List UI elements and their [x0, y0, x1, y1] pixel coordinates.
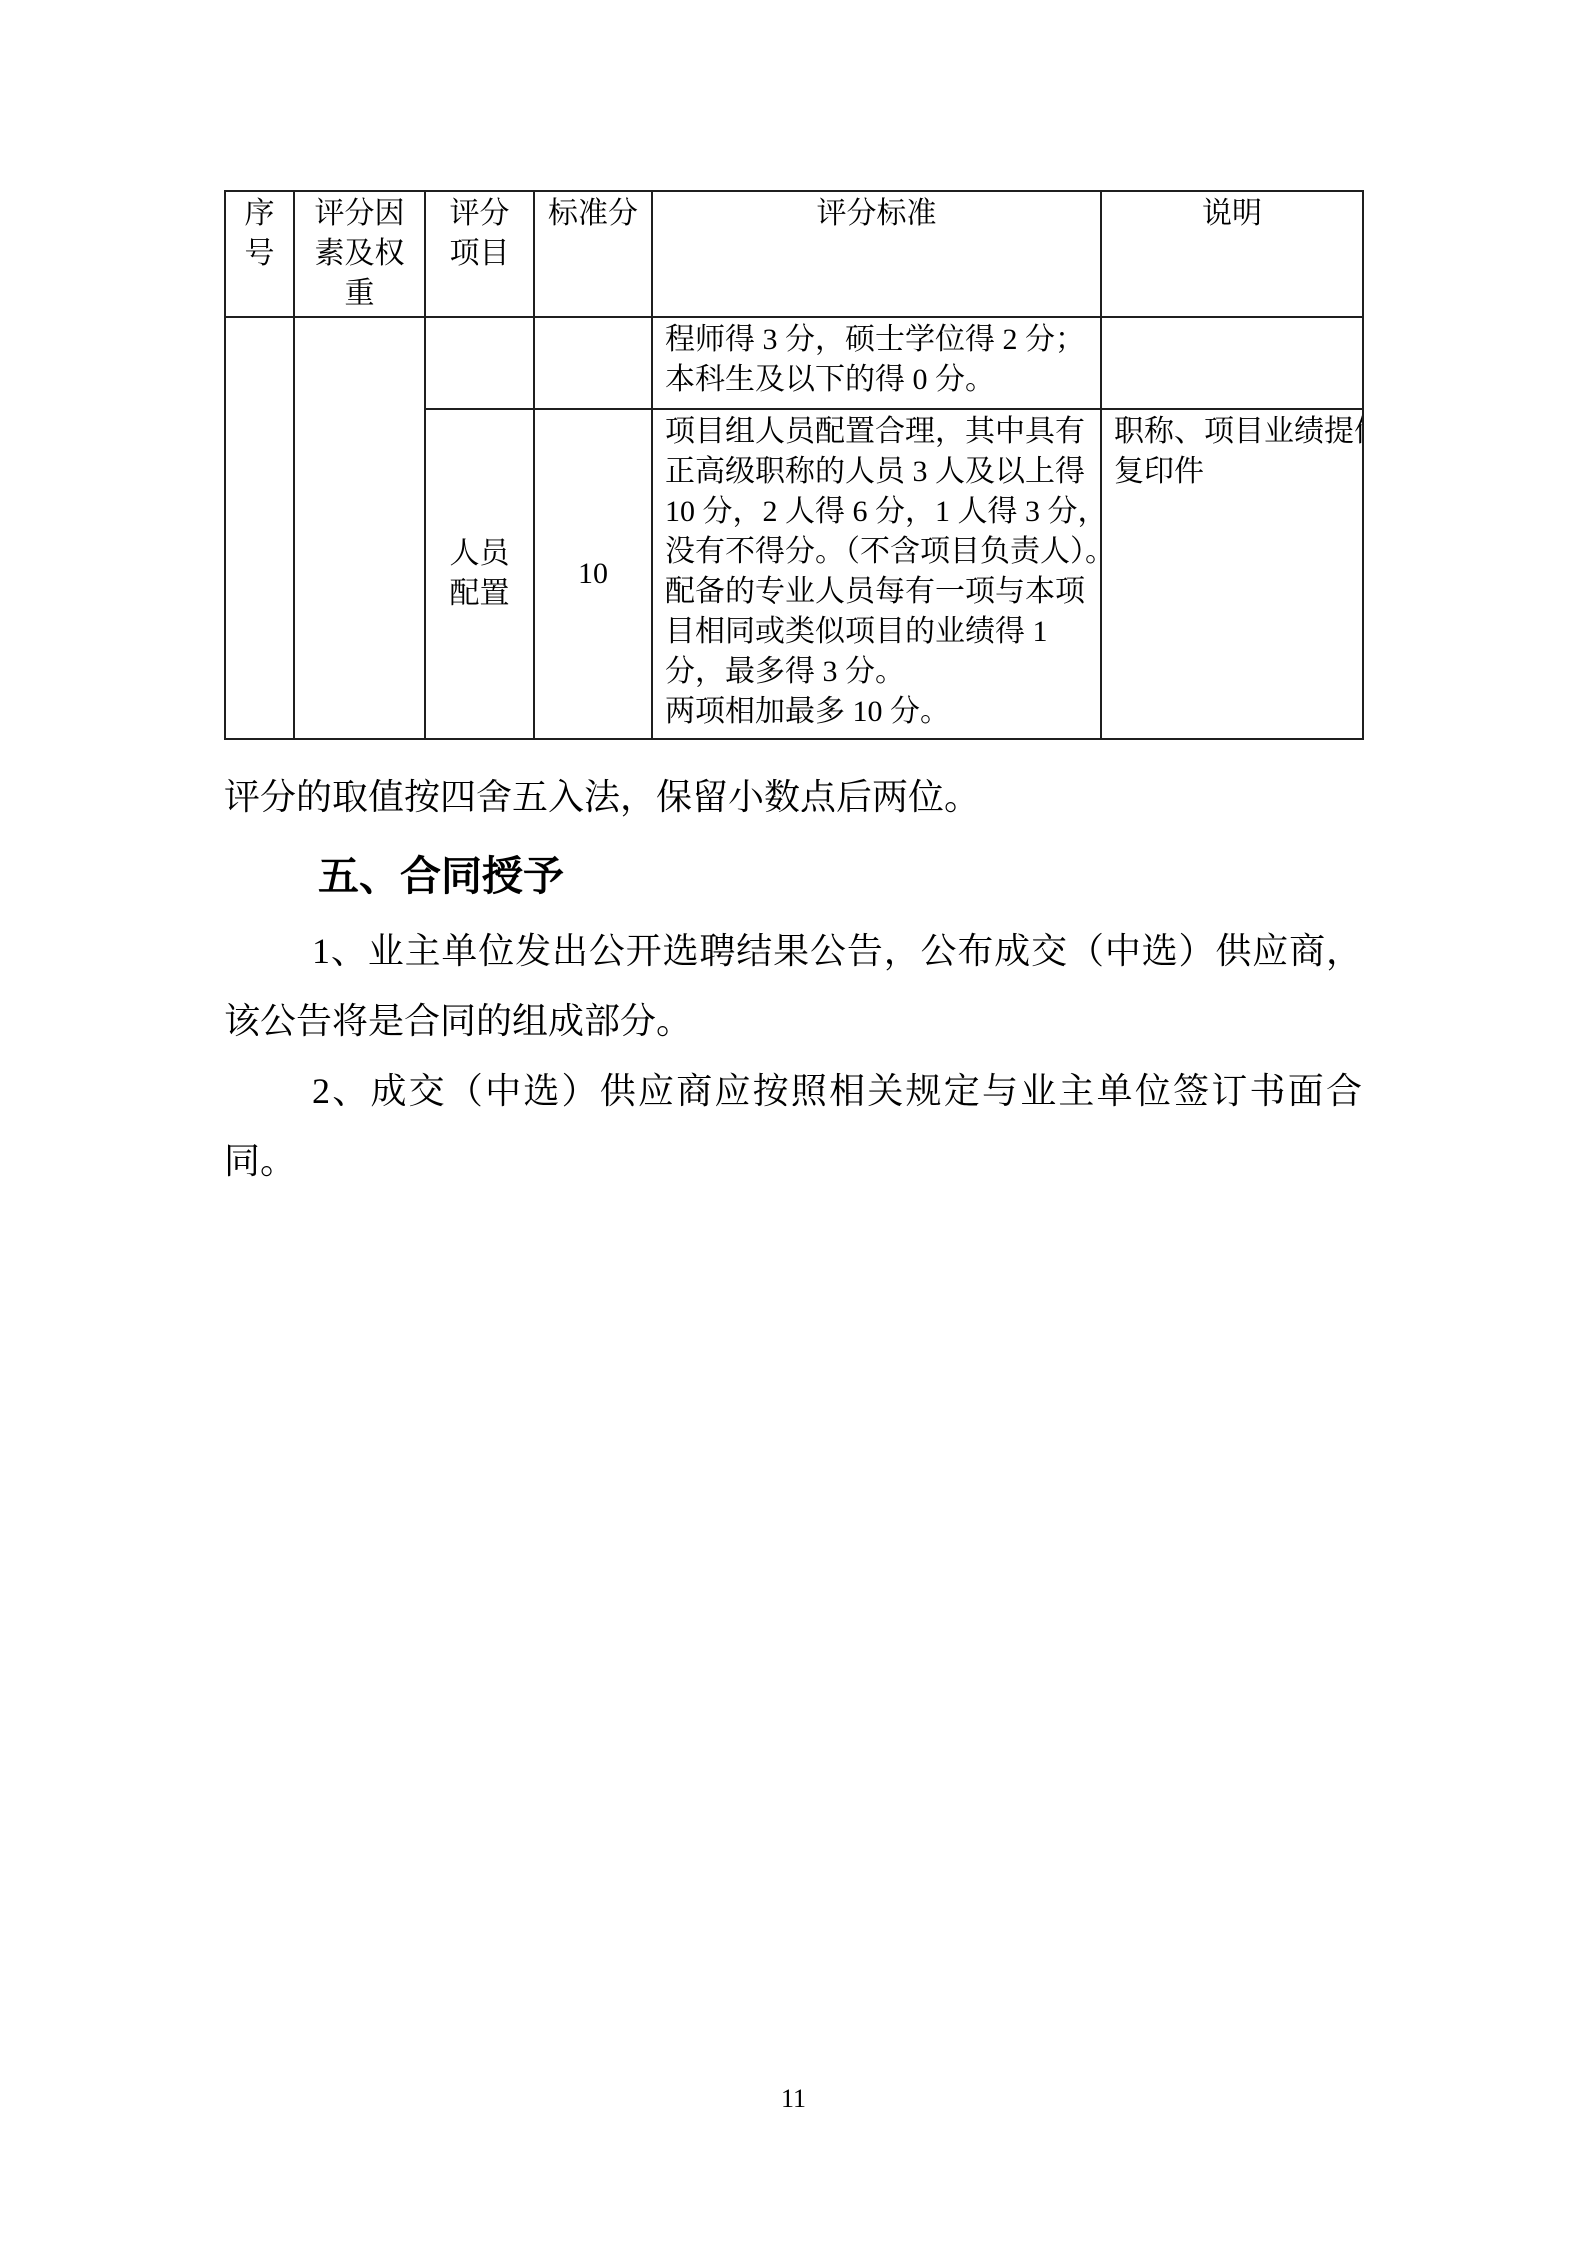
- cell-scoring-item-empty: [425, 317, 534, 409]
- contract-award-paragraph-1: 1、业主单位发出公开选聘结果公告，公布成交（中选）供应商，该公告将是合同的组成部…: [224, 916, 1362, 1056]
- cell-factor-weight-continued: [294, 317, 425, 739]
- cell-serial-number-continued: [225, 317, 294, 739]
- cell-scoring-item: 人员 配置: [425, 409, 534, 739]
- cell-standard-score: 10: [534, 409, 652, 739]
- contract-award-paragraph-2: 2、成交（中选）供应商应按照相关规定与业主单位签订书面合同。: [224, 1056, 1362, 1196]
- cell-remark: 职称、项目业绩提供 复印件: [1101, 409, 1363, 739]
- cell-standard-score-empty: [534, 317, 652, 409]
- header-cell-scoring-criteria: 评分标准: [652, 191, 1101, 317]
- cell-remark-empty: [1101, 317, 1363, 409]
- header-cell-remark: 说明: [1101, 191, 1363, 317]
- document-page: 序 号 评分因 素及权 重 评分 项目 标准分 评分标准 说明 程师得 3 分，…: [0, 0, 1587, 2245]
- scoring-criteria-table: 序 号 评分因 素及权 重 评分 项目 标准分 评分标准 说明 程师得 3 分，…: [224, 190, 1364, 740]
- rounding-note: 评分的取值按四舍五入法，保留小数点后两位。: [224, 762, 1362, 832]
- section-heading-contract-award: 五、合同授予: [224, 844, 1362, 908]
- header-cell-scoring-item: 评分 项目: [425, 191, 534, 317]
- header-cell-serial-number: 序 号: [225, 191, 294, 317]
- page-number: 11: [0, 2082, 1587, 2116]
- cell-scoring-criteria-continued: 程师得 3 分，硕士学位得 2 分； 本科生及以下的得 0 分。: [652, 317, 1101, 409]
- page-content: 序 号 评分因 素及权 重 评分 项目 标准分 评分标准 说明 程师得 3 分，…: [224, 190, 1362, 1196]
- header-cell-factor-weight: 评分因 素及权 重: [294, 191, 425, 317]
- header-cell-standard-score: 标准分: [534, 191, 652, 317]
- table-header-row: 序 号 评分因 素及权 重 评分 项目 标准分 评分标准 说明: [225, 191, 1363, 317]
- table-row: 程师得 3 分，硕士学位得 2 分； 本科生及以下的得 0 分。: [225, 317, 1363, 409]
- cell-scoring-criteria: 项目组人员配置合理，其中具有 正高级职称的人员 3 人及以上得 10 分，2 人…: [652, 409, 1101, 739]
